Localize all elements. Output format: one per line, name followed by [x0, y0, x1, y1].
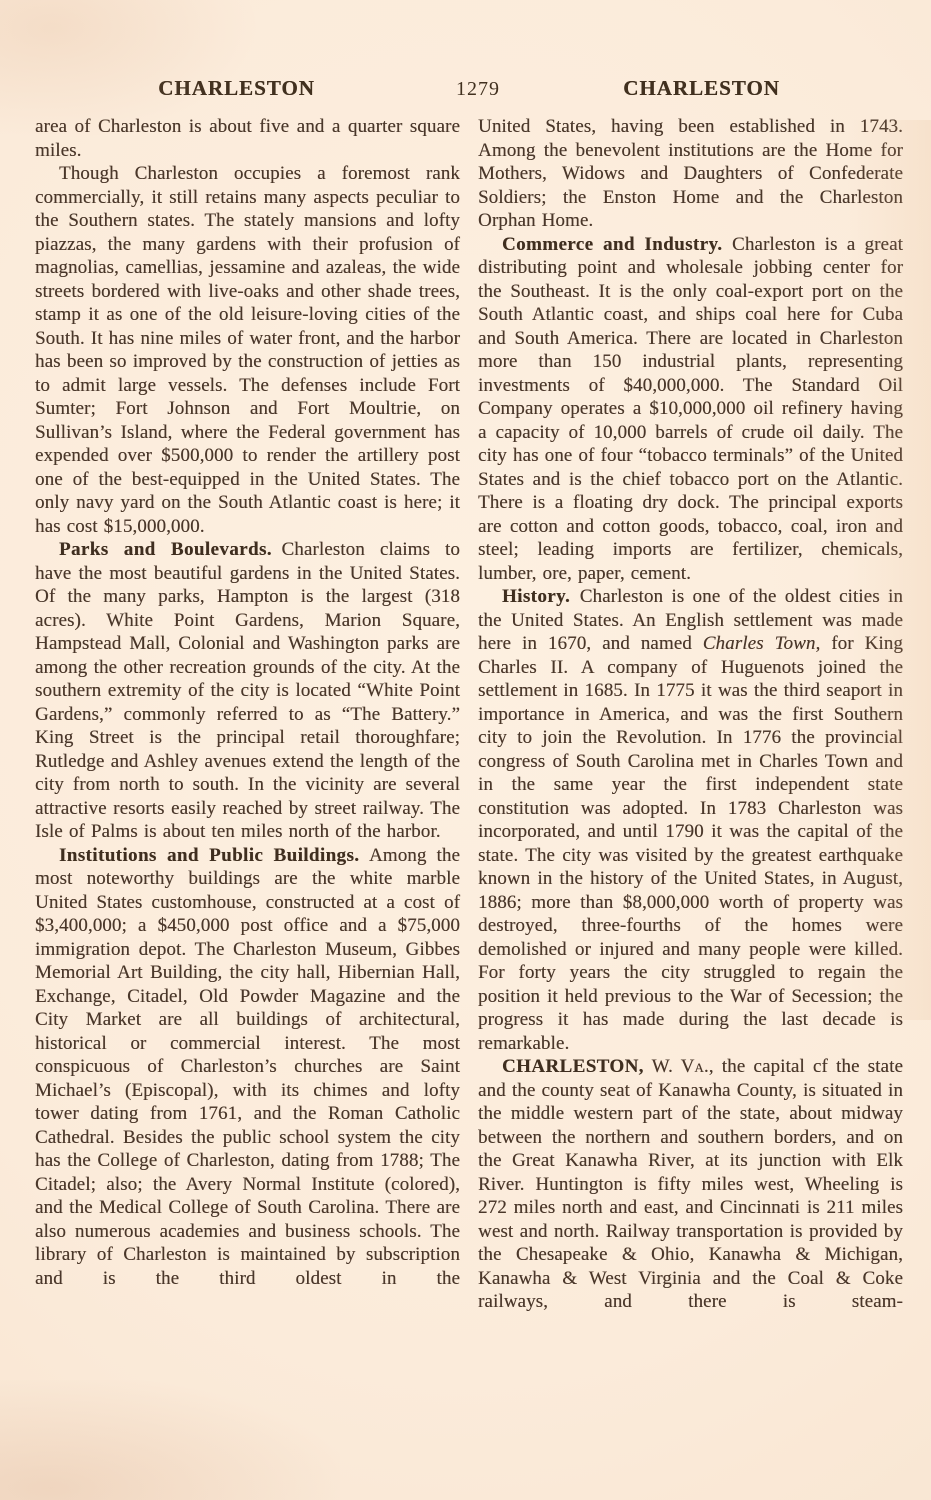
text-segment-bold: History.: [502, 586, 570, 607]
text-segment-normal: Though Charleston occupies a foremost ra…: [35, 163, 460, 537]
paragraph: area of Charleston is about five and a q…: [35, 115, 460, 162]
column-right: United States, having been established i…: [478, 115, 903, 1314]
text-segment-smallcaps: W. Va.,: [644, 1056, 714, 1077]
paragraph: Though Charleston occupies a foremost ra…: [35, 162, 460, 538]
text-segment-bold: CHARLESTON,: [502, 1056, 644, 1077]
paragraph: United States, having been established i…: [478, 115, 903, 233]
text-body: area of Charleston is about five and a q…: [0, 101, 931, 1314]
paper-stain: [0, 1380, 340, 1500]
text-segment-italic: Charles Town,: [703, 633, 821, 654]
paragraph: CHARLESTON, W. Va., the capital cf the s…: [478, 1055, 903, 1314]
paragraph: Commerce and Industry. Charleston is a g…: [478, 233, 903, 586]
header-title-right: CHARLESTON: [500, 76, 903, 101]
column-left: area of Charleston is about five and a q…: [35, 115, 460, 1314]
paragraph: Parks and Boulevards. Charleston claims …: [35, 538, 460, 844]
text-segment-bold: Commerce and Industry.: [502, 234, 722, 255]
text-segment-normal: Charleston is a great distributing point…: [478, 234, 903, 584]
running-header: CHARLESTON 1279 CHARLESTON: [0, 0, 931, 101]
paragraph: Institutions and Public Buildings. Among…: [35, 844, 460, 1291]
book-page: CHARLESTON 1279 CHARLESTON area of Charl…: [0, 0, 931, 1500]
page-number: 1279: [456, 78, 500, 101]
text-segment-normal: Among the most noteworthy buildings are …: [35, 845, 460, 1289]
text-segment-normal: area of Charleston is about five and a q…: [35, 116, 460, 161]
text-segment-normal: the capital cf the state and the county …: [478, 1056, 903, 1312]
text-segment-bold: Institutions and Public Buildings.: [59, 845, 359, 866]
text-segment-normal: Charleston claims to have the most beaut…: [35, 539, 460, 842]
text-segment-normal: United States, having been established i…: [478, 116, 903, 231]
paragraph: History. Charleston is one of the oldest…: [478, 585, 903, 1055]
header-title-left: CHARLESTON: [35, 76, 438, 101]
text-segment-bold: Parks and Boulevards.: [59, 539, 272, 560]
text-segment-normal: for King Charles II. A company of Huguen…: [478, 633, 903, 1054]
